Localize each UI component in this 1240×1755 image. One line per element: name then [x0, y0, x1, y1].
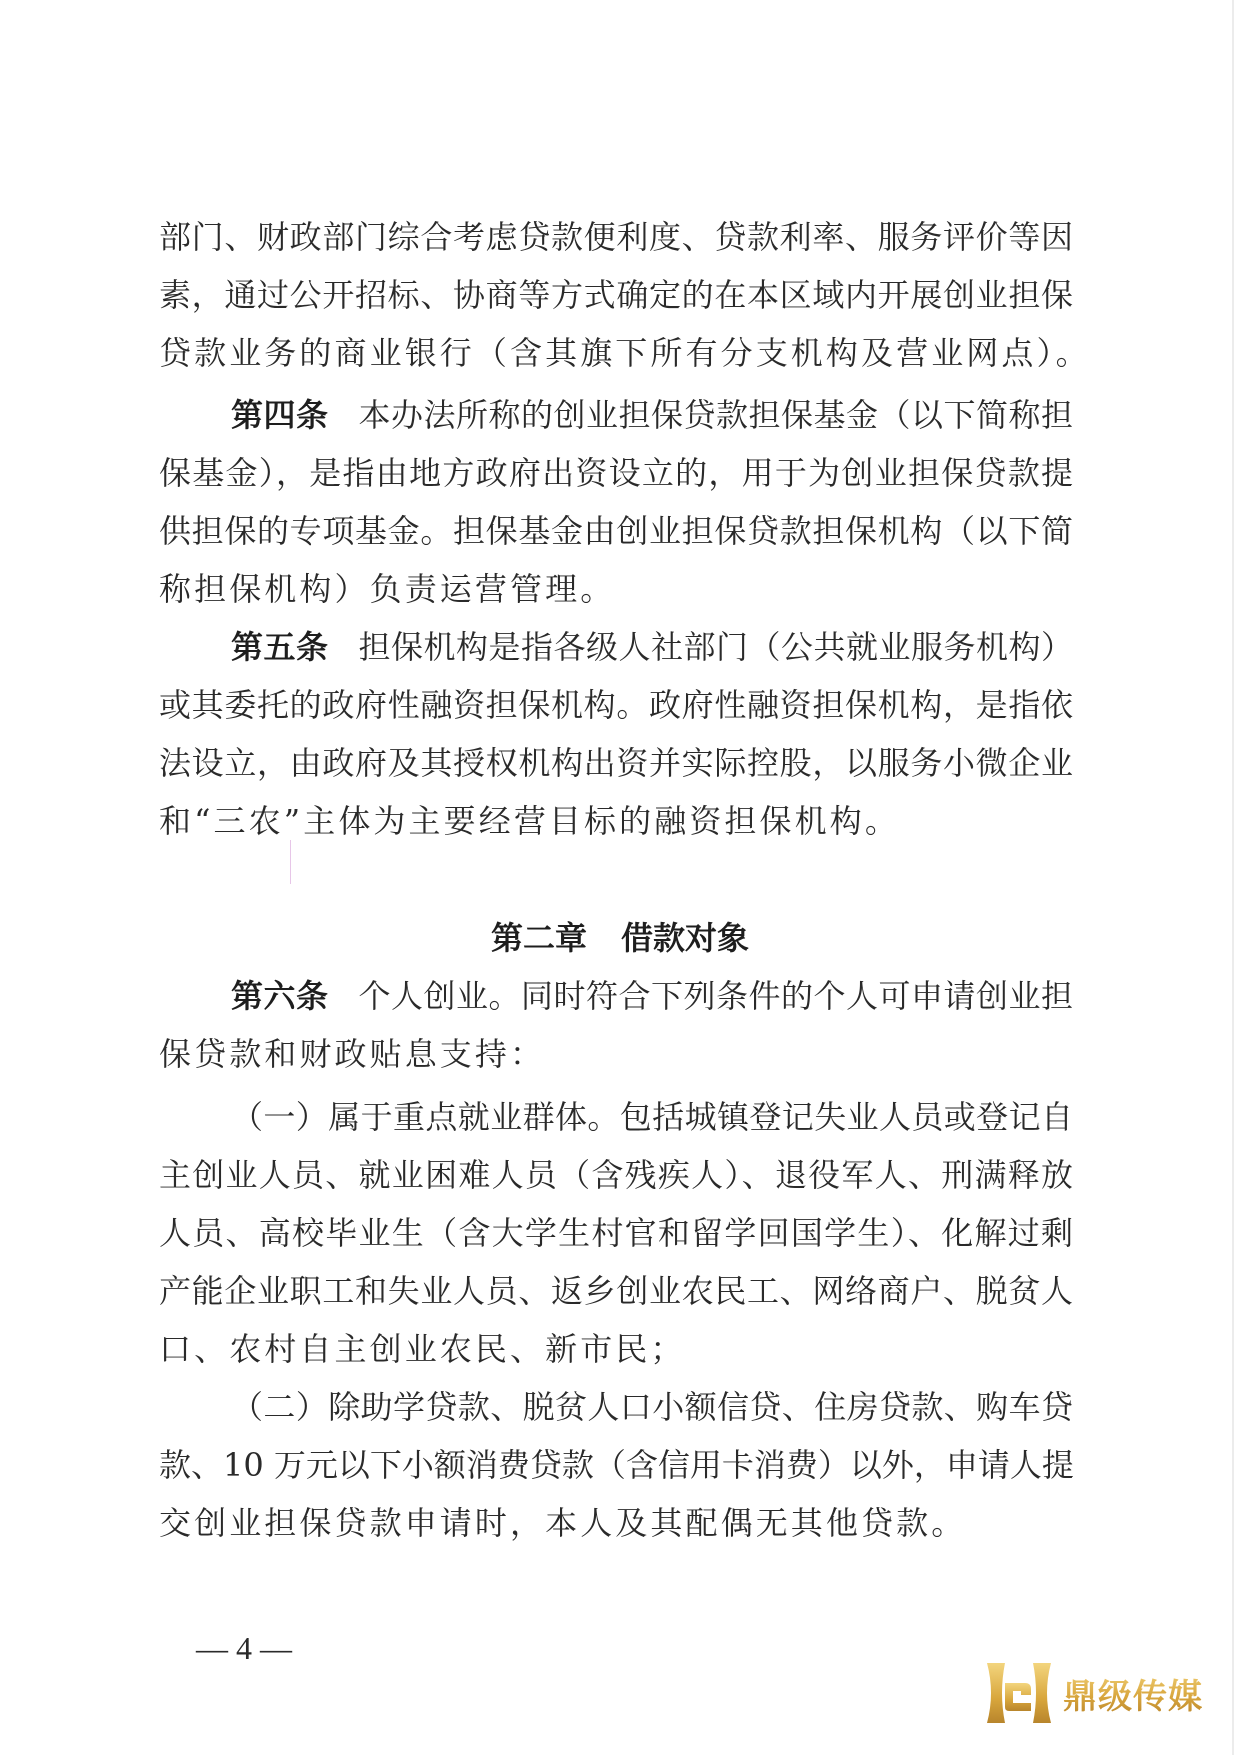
scan-artifact-line — [290, 840, 291, 884]
text-line: 供担保的专项基金。担保基金由创业担保贷款担保机构（以下简 — [159, 502, 1073, 560]
chapter-title: 借款对象 — [621, 919, 749, 957]
text-line: 人员、高校毕业生（含大学生村官和留学回国学生）、化解过剩 — [159, 1204, 1073, 1262]
article-label: 第五条 — [231, 628, 329, 666]
page-number: — 4 — — [196, 1628, 292, 1668]
text-line: 称担保机构）负责运营管理。 — [159, 560, 1073, 618]
gold-h-logo-icon — [985, 1659, 1053, 1727]
page-edge — [1232, 0, 1234, 1755]
text-line: 素，通过公开招标、协商等方式确定的在本区域内开展创业担保 — [159, 266, 1073, 324]
text-line: 保基金），是指由地方政府出资设立的，用于为创业担保贷款提 — [159, 444, 1073, 502]
text-line: 法设立，由政府及其授权机构出资并实际控股，以服务小微企业 — [159, 734, 1073, 792]
text-line: （一）属于重点就业群体。包括城镇登记失业人员或登记自 — [159, 1088, 1073, 1146]
text-line: 第五条担保机构是指各级人社部门（公共就业服务机构） — [159, 618, 1073, 676]
text-line: 产能企业职工和失业人员、返乡创业农民工、网络商户、脱贫人 — [159, 1262, 1073, 1320]
text-line: 交创业担保贷款申请时，本人及其配偶无其他贷款。 — [159, 1494, 1073, 1552]
article-text: 个人创业。同时符合下列条件的个人可申请创业担 — [359, 977, 1073, 1015]
text-line: 保贷款和财政贴息支持： — [159, 1025, 1073, 1083]
text-line: 第六条个人创业。同时符合下列条件的个人可申请创业担 — [159, 967, 1073, 1025]
text-line: 和“三农”主体为主要经营目标的融资担保机构。 — [159, 792, 1073, 850]
text-line: 主创业人员、就业困难人员（含残疾人）、退役军人、刑满释放 — [159, 1146, 1073, 1204]
text-line: 贷款业务的商业银行（含其旗下所有分支机构及营业网点）。 — [159, 324, 1073, 382]
article-label: 第六条 — [231, 977, 329, 1015]
watermark-brand-text: 鼎级传媒 — [1063, 1669, 1203, 1718]
text-line: 部门、财政部门综合考虑贷款便利度、贷款利率、服务评价等因 — [159, 208, 1073, 266]
text-line: （二）除助学贷款、脱贫人口小额信贷、住房贷款、购车贷 — [159, 1378, 1073, 1436]
article-text: 本办法所称的创业担保贷款担保基金（以下简称担 — [359, 396, 1073, 434]
text-line: 款、10 万元以下小额消费贷款（含信用卡消费）以外，申请人提 — [159, 1436, 1073, 1494]
text-line: 第四条本办法所称的创业担保贷款担保基金（以下简称担 — [159, 386, 1073, 444]
chapter-heading: 第二章借款对象 — [0, 909, 1240, 967]
article-text: 担保机构是指各级人社部门（公共就业服务机构） — [359, 628, 1073, 666]
chapter-number: 第二章 — [491, 919, 587, 957]
text-line: 或其委托的政府性融资担保机构。政府性融资担保机构，是指依 — [159, 676, 1073, 734]
article-label: 第四条 — [231, 396, 329, 434]
text-line: 口、农村自主创业农民、新市民； — [159, 1320, 1073, 1378]
watermark: 鼎级传媒 — [985, 1658, 1203, 1728]
